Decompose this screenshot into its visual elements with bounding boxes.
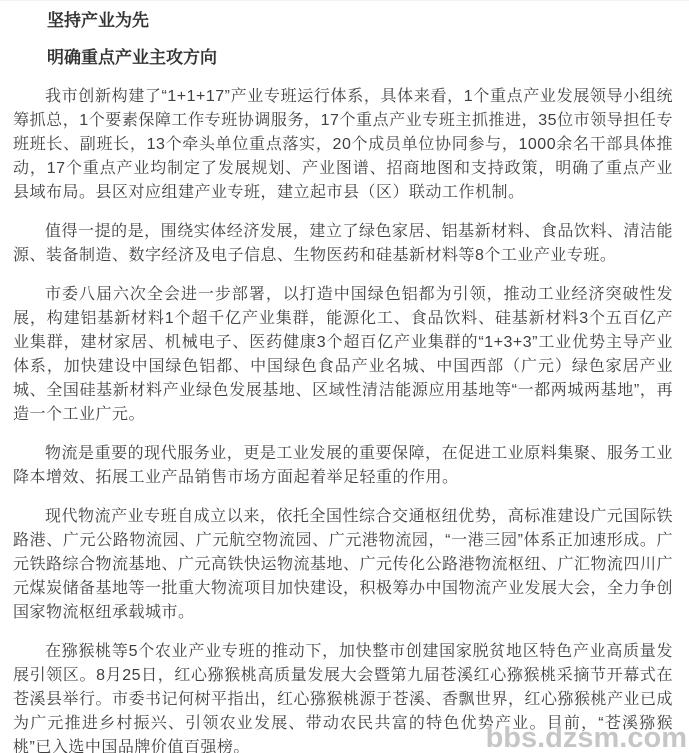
article-paragraph-2: 值得一提的是，围绕实体经济发展，建立了绿色家居、铝基新材料、食品饮料、清洁能源、…: [13, 220, 673, 268]
article-paragraph-3: 市委八届六次全会进一步部署，以打造中国绿色铝都为引领，推动工业经济突破性发展，构…: [13, 283, 673, 427]
article-page: 坚持产业为先 明确重点产业主攻方向 我市创新构建了“1+1+17”产业专班运行体…: [0, 1, 689, 753]
article-paragraph-6: 在猕猴桃等5个农业产业专班的推动下，加快整市创建国家脱贫地区特色产业高质量发展引…: [13, 640, 673, 753]
article-paragraph-4: 物流是重要的现代服务业，更是工业发展的重要保障，在促进工业原料集聚、服务工业降本…: [13, 442, 673, 490]
article-paragraph-5: 现代物流产业专班自成立以来，依托全国性综合交通枢纽优势，高标准建设广元国际铁路港…: [13, 505, 673, 625]
article-heading-2: 明确重点产业主攻方向: [13, 46, 673, 70]
article-paragraph-1: 我市创新构建了“1+1+17”产业专班运行体系，具体来看，1个重点产业发展领导小…: [13, 85, 673, 205]
article-heading-1: 坚持产业为先: [13, 9, 673, 33]
